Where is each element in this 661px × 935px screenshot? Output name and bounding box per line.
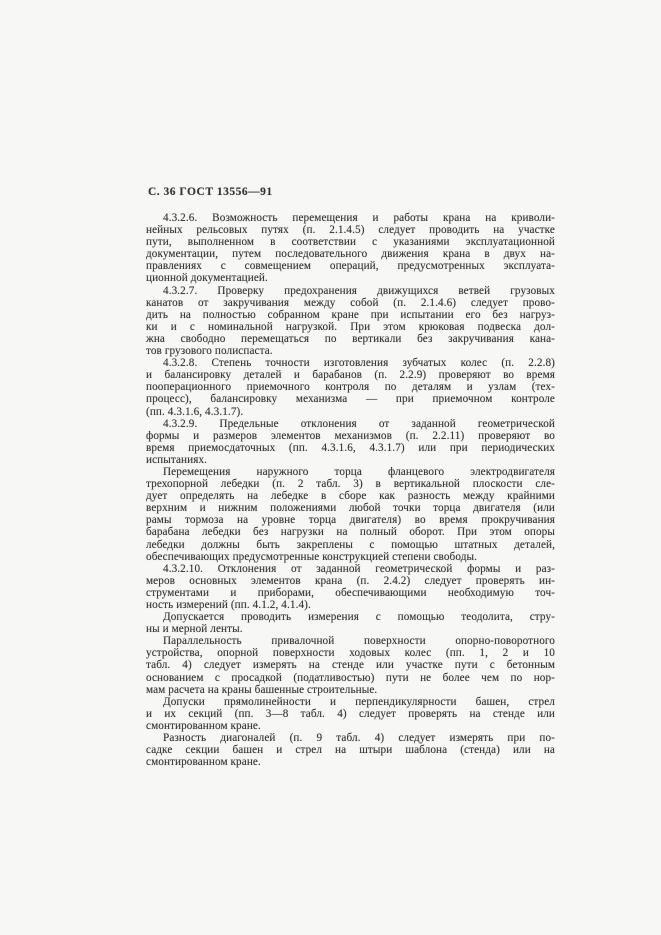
text-line: пути, выполненном в соответствии с указа… (146, 236, 555, 248)
paragraph: 4.3.2.10. Отклонения от заданной геометр… (146, 563, 555, 611)
text-line: время приемосдаточных (пп. 4.3.1.6, 4.3.… (146, 442, 555, 454)
text-line: правлениях с совмещением операций, преду… (146, 260, 555, 272)
paragraph: 4.3.2.9. Предельные отклонения от заданн… (146, 418, 555, 466)
text-line: нейных рельсовых путях (п. 2.1.4.5) след… (146, 224, 555, 236)
text-line: пооперационного приемочного контроля по … (146, 381, 555, 393)
paragraph: 4.3.2.6. Возможность перемещения и работ… (146, 212, 555, 285)
text-line: мам расчета на краны башенные строительн… (146, 684, 555, 696)
text-line: ционной документацией. (146, 272, 555, 284)
paragraph: Разность диагоналей (п. 9 табл. 4) следу… (146, 732, 555, 768)
text-line: 4.3.2.7. Проверку предохранения движущих… (146, 285, 555, 297)
text-line: основанием с просадкой (податливостью) п… (146, 672, 555, 684)
text-line: 4.3.2.9. Предельные отклонения от заданн… (146, 418, 555, 430)
text-line: верхним и нижним положениями любой точки… (146, 502, 555, 514)
document-page: С. 36 ГОСТ 13556—91 4.3.2.6. Возможность… (0, 0, 661, 935)
text-line: ки и с номинальной нагрузкой. При этом к… (146, 321, 555, 333)
text-line: дить на полностью собранном кране при ис… (146, 309, 555, 321)
text-line: струментами и приборами, обеспечивающими… (146, 587, 555, 599)
text-line: жна свободно перемещаться по вертикали б… (146, 333, 555, 345)
paragraph: 4.3.2.8. Степень точности изготовления з… (146, 357, 555, 417)
paragraph: 4.3.2.7. Проверку предохранения движущих… (146, 285, 555, 358)
text-line: ность измерений (пп. 4.1.2, 4.1.4). (146, 599, 555, 611)
document-body: 4.3.2.6. Возможность перемещения и работ… (146, 212, 555, 768)
text-line: дует определять на лебедке в сборе как р… (146, 490, 555, 502)
text-line: тов грузового полиспаста. (146, 345, 555, 357)
text-line: трехопорной лебедки (п. 2 табл. 3) в вер… (146, 478, 555, 490)
paragraph: Перемещения наружного торца фланцевого э… (146, 466, 555, 563)
text-line: ны и мерной ленты. (146, 623, 555, 635)
text-line: 4.3.2.6. Возможность перемещения и работ… (146, 212, 555, 224)
text-line: (пп. 4.3.1.6, 4.3.1.7). (146, 406, 555, 418)
text-line: табл. 4) следует измерять на стенде или … (146, 659, 555, 671)
text-line: Допускается проводить измерения с помощь… (146, 611, 555, 623)
text-line: меров основных элементов крана (п. 2.4.2… (146, 575, 555, 587)
text-line: и их секций (пп. 3—8 табл. 4) следует пр… (146, 708, 555, 720)
text-line: садке секции башен и стрел на штыри шабл… (146, 744, 555, 756)
text-line: Параллельность привалочной поверхности о… (146, 635, 555, 647)
text-line: документации, путем последовательного дв… (146, 248, 555, 260)
text-line: смонтированном кране. (146, 756, 555, 768)
text-line: Перемещения наружного торца фланцевого э… (146, 466, 555, 478)
paragraph: Допускается проводить измерения с помощь… (146, 611, 555, 635)
text-line: 4.3.2.8. Степень точности изготовления з… (146, 357, 555, 369)
text-line: обеспечивающих предусмотренные конструкц… (146, 551, 555, 563)
text-line: рамы тормоза на уровне торца двигателя) … (146, 514, 555, 526)
text-line: лебедки должны быть закреплены с помощью… (146, 539, 555, 551)
text-line: канатов от закручивания между собой (п. … (146, 297, 555, 309)
text-line: барабана лебедки без нагрузки на полный … (146, 526, 555, 538)
page-header: С. 36 ГОСТ 13556—91 (148, 186, 273, 198)
text-line: испытаниях. (146, 454, 555, 466)
text-line: устройства, опорной поверхности ходовых … (146, 647, 555, 659)
text-line: смонтированном кране. (146, 720, 555, 732)
paragraph: Параллельность привалочной поверхности о… (146, 635, 555, 695)
text-line: Допуски прямолинейности и перпендикулярн… (146, 696, 555, 708)
text-line: Разность диагоналей (п. 9 табл. 4) следу… (146, 732, 555, 744)
text-line: формы и размеров элементов механизмов (п… (146, 430, 555, 442)
text-line: процесс), балансировку механизма — при п… (146, 393, 555, 405)
paragraph: Допуски прямолинейности и перпендикулярн… (146, 696, 555, 732)
text-line: и балансировку деталей и барабанов (п. 2… (146, 369, 555, 381)
text-line: 4.3.2.10. Отклонения от заданной геометр… (146, 563, 555, 575)
